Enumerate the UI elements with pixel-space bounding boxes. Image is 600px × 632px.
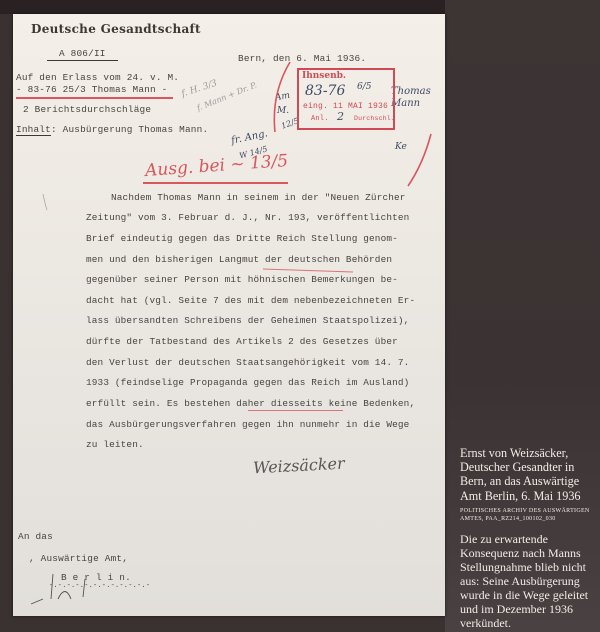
body-line: zu leiten.: [86, 439, 144, 450]
caption-body-line: Stellungnahme blieb nicht: [460, 560, 588, 574]
caption-body: Die zu erwartende Konsequenz nach Manns …: [460, 532, 588, 630]
stamp-header: Ihnsenb.: [302, 71, 346, 81]
body-line: dacht hat (vgl. Seite 7 des mit dem nebe…: [86, 295, 415, 306]
caption-title: Ernst von Weizsäcker, Deutscher Gesandte…: [460, 446, 581, 503]
addressee-line-1: An das: [18, 531, 53, 542]
stamp-enclosure-label: Anl.: [311, 115, 329, 123]
body-line: Zeitung" vom 3. Februar d. J., Nr. 193, …: [86, 212, 409, 223]
body-line: gegenüber seiner Person mit höhnischen B…: [86, 274, 398, 285]
body-line: dürfte der Tatbestand des Artikels 2 des…: [86, 336, 398, 347]
addressee-line-2: , Auswärtige Amt,: [29, 553, 128, 564]
addressee-rule: -.-.-.-.-.-.-.-.-.-.-.-: [49, 582, 150, 590]
caption-source-line: Politisches Archiv des Auswärtigen: [460, 507, 590, 515]
caption-title-line: Amt Berlin, 6. Mai 1936: [460, 489, 581, 503]
body-line: men und den bisherigen Langmut der deuts…: [86, 254, 392, 265]
body-line: erfüllt sein. Es bestehen daher diesseit…: [86, 398, 415, 409]
body-line: den Verlust der deutschen Staatsangehöri…: [86, 357, 409, 368]
caption-source-line: Amtes, PAA_RZ214_100102_030: [460, 515, 590, 523]
red-underline-bedenken: [248, 410, 343, 411]
body-line: das Ausbürgerungsverfahren gegen ihn nun…: [86, 419, 409, 430]
stamp-copies-label: Durchschl.: [354, 115, 395, 122]
caption-body-line: wurde in die Wege geleitet: [460, 588, 588, 602]
caption-title-line: Deutscher Gesandter in: [460, 460, 581, 474]
caption-body-line: aus: Seine Ausbürgerung: [460, 574, 588, 588]
body-line: 1933 (feindselige Propaganda gegen das R…: [86, 377, 409, 388]
document-sheet: Deutsche Gesandtschaft A 806/II Bern, de…: [13, 14, 445, 616]
stamp-number: 83-76: [305, 83, 345, 99]
caption-source: Politisches Archiv des Auswärtigen Amtes…: [460, 507, 590, 523]
body-line: lass übersandten Schreibens der Geheimen…: [86, 315, 409, 326]
caption-body-line: Konsequenz nach Manns: [460, 546, 588, 560]
caption-body-line: Die zu erwartende: [460, 532, 588, 546]
body-line: Brief eindeutig gegen das Dritte Reich S…: [86, 233, 398, 244]
caption-title-line: Ernst von Weizsäcker,: [460, 446, 581, 460]
caption-body-line: und im Dezember 1936: [460, 602, 588, 616]
red-underline-note: [143, 182, 288, 184]
stamp-enclosure-count: 2: [337, 110, 344, 123]
stamp-fraction: 6/5: [357, 82, 371, 92]
stamp-received-date: eing. 11 MAI 1936: [303, 102, 388, 111]
caption-title-line: Bern, an das Auswärtige: [460, 474, 581, 488]
caption-body-line: verkündet.: [460, 616, 588, 630]
received-stamp: Ihnsenb. 83-76 6/5 eing. 11 MAI 1936 Anl…: [297, 68, 395, 130]
body-line: Nachdem Thomas Mann in seinem in der "Ne…: [111, 192, 406, 203]
